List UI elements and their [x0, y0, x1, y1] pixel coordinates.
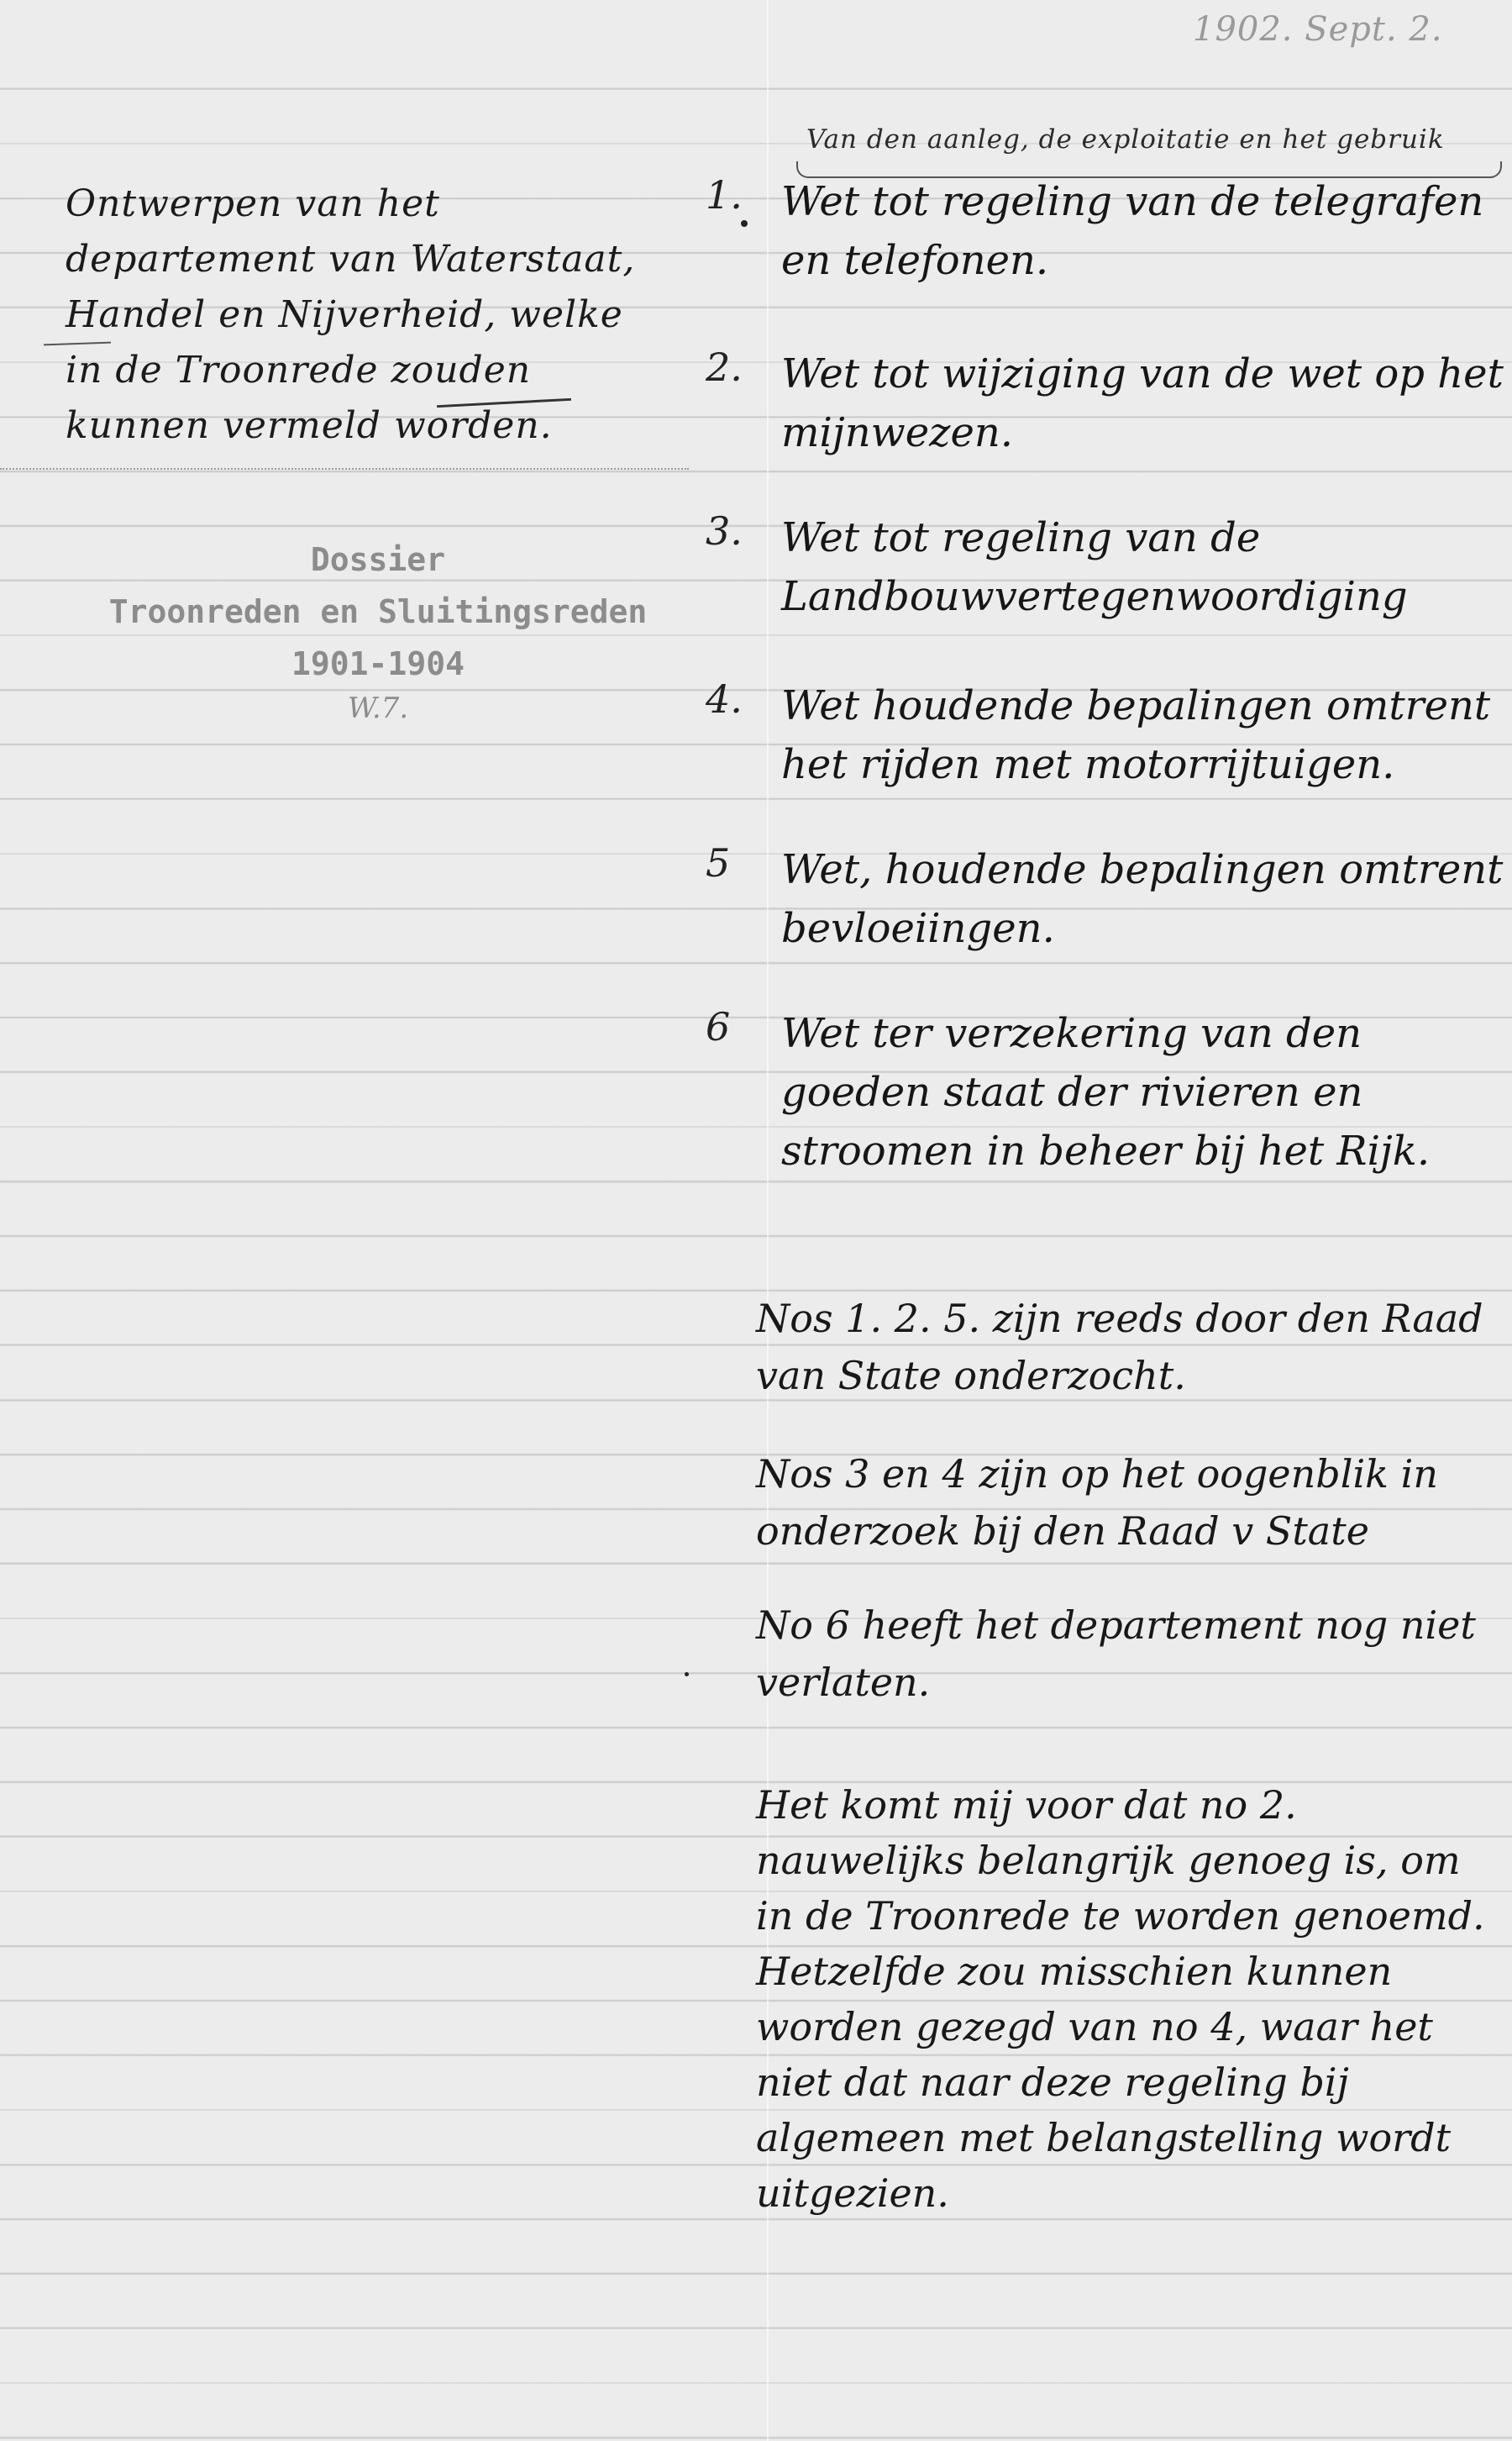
ruled-paper-page: 1902. Sept. 2. Van den aanleg, de exploi…: [0, 0, 1512, 2441]
item-number: 6: [706, 1004, 756, 1050]
item-number: 1.: [706, 172, 756, 218]
item-text: Wet ter verzekering van den goeden staat…: [781, 1004, 1504, 1181]
item-text: Wet houdende bepalingen omtrent het rijd…: [781, 676, 1504, 794]
item-text: Wet, houdende bepalingen omtrent bevloei…: [781, 840, 1504, 958]
item-text: Wet tot regeling van de Landbouwvertegen…: [781, 508, 1504, 626]
stamp-subtitle: Troonreden en Sluitingsreden: [84, 586, 672, 638]
item-number: 2.: [706, 345, 756, 390]
status-note: No 6 heeft het departement nog niet verl…: [756, 1597, 1495, 1711]
archive-stamp: Dossier Troonreden en Sluitingsreden 190…: [84, 534, 672, 727]
item-number: 3.: [706, 508, 756, 554]
left-margin-note: Ontwerpen van het departement van Waters…: [66, 176, 670, 454]
column-heading-note: Van den aanleg, de exploitatie en het ge…: [806, 124, 1445, 155]
date-annotation: 1902. Sept. 2.: [1193, 10, 1443, 49]
dotted-separator: [0, 468, 689, 470]
stamp-ref: W.7.: [84, 690, 672, 727]
ink-speck: [741, 220, 748, 227]
item-number: 4.: [706, 676, 756, 722]
status-note: Nos 1. 2. 5. zijn reeds door den Raad va…: [756, 1290, 1495, 1404]
stamp-title: Dossier: [84, 534, 672, 586]
item-text: Wet tot regeling van de telegrafen en te…: [781, 172, 1504, 290]
item-number: 5: [706, 840, 756, 886]
commentary-note: Het komt mij voor dat no 2. nauwelijks b…: [756, 1777, 1495, 2221]
status-note: Nos 3 en 4 zijn op het oogenblik in onde…: [756, 1445, 1495, 1560]
item-text: Wet tot wijziging van de wet op het mijn…: [781, 345, 1504, 462]
ink-speck: [685, 1672, 689, 1676]
stamp-years: 1901-1904: [84, 638, 672, 690]
